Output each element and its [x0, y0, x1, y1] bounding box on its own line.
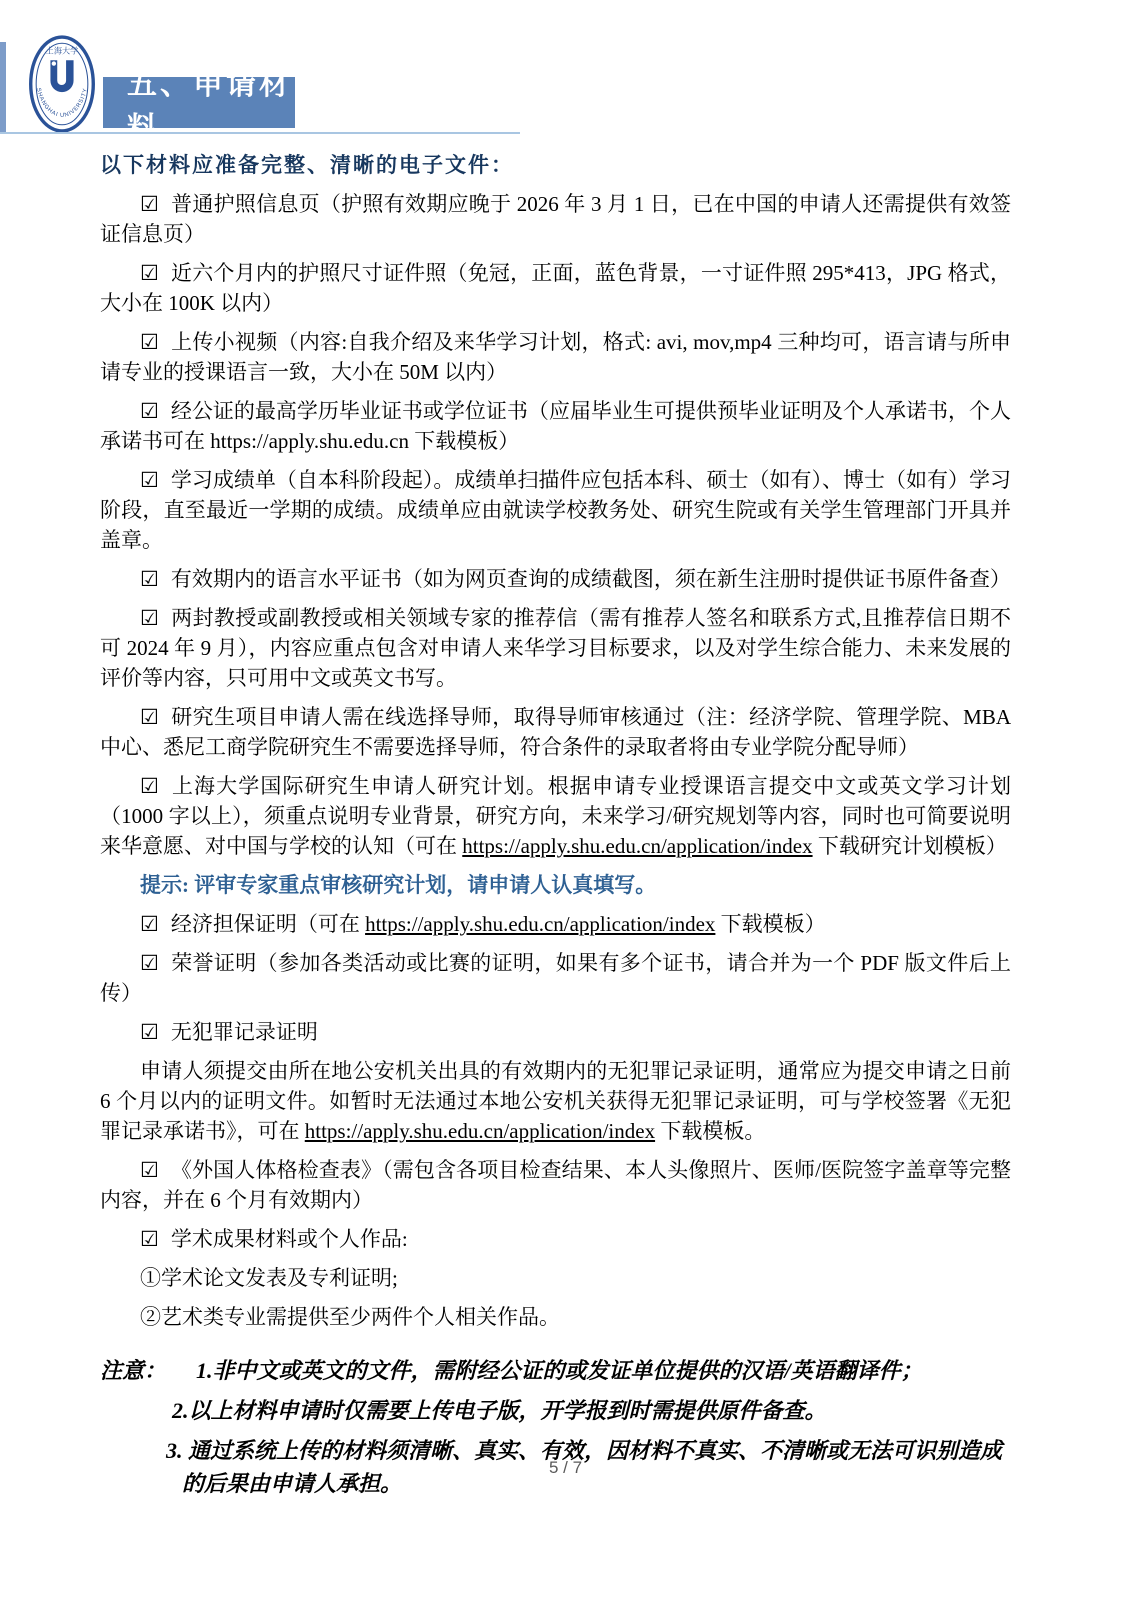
university-logo-icon: 上海大学 SHANGHAI UNIVERSITY: [28, 34, 96, 134]
checklist-item: ☑经济担保证明（可在 https://apply.shu.edu.cn/appl…: [100, 909, 1011, 939]
checked-checkbox-icon: ☑: [140, 330, 159, 354]
text-run: 近六个月内的护照尺寸证件照（免冠，正面，蓝色背景，一寸证件照 295*413，J…: [100, 261, 1011, 315]
checklist-item: ☑学习成绩单（自本科阶段起）。成绩单扫描件应包括本科、硕士（如有）、博士（如有）…: [100, 465, 1011, 555]
checklist-item: ☑上海大学国际研究生申请人研究计划。根据申请专业授课语言提交中文或英文学习计划（…: [100, 771, 1011, 861]
text-run: 学术成果材料或个人作品:: [171, 1227, 408, 1251]
text-run: 荣誉证明（参加各类活动或比赛的证明，如果有多个证书，请合并为一个 PDF 版文件…: [100, 951, 1011, 1005]
note-item: 注意：1.非中文或英文的文件，需附经公证的或发证单位提供的汉语/英语翻译件；: [100, 1354, 1011, 1387]
page-footer: 5 / 7: [0, 1458, 1131, 1478]
page-number: 5 / 7: [549, 1458, 582, 1477]
text-run: 有效期内的语言水平证书（如为网页查询的成绩截图，须在新生注册时提供证书原件备查）: [171, 567, 1011, 591]
checked-checkbox-icon: ☑: [140, 1158, 159, 1182]
checklist-item: ☑学术成果材料或个人作品:: [100, 1224, 1011, 1254]
text-run: 提示: 评审专家重点审核研究计划，请申请人认真填写。: [140, 873, 656, 897]
link-url[interactable]: https://apply.shu.edu.cn/application/ind…: [305, 1119, 655, 1143]
document-page: 上海大学 SHANGHAI UNIVERSITY 五、申请材料 以下材料应准备完…: [0, 0, 1131, 1600]
text-run: 下载研究计划模板）: [813, 834, 1007, 858]
text-run: 无犯罪记录证明: [171, 1020, 318, 1044]
text-run: 两封教授或副教授或相关领域专家的推荐信（需有推荐人签名和联系方式,且推荐信日期不…: [100, 606, 1011, 690]
checked-checkbox-icon: ☑: [140, 606, 159, 630]
intro-heading: 以下材料应准备完整、清晰的电子文件：: [100, 150, 1011, 180]
checked-checkbox-icon: ☑: [140, 1020, 159, 1044]
checked-checkbox-icon: ☑: [140, 399, 159, 423]
text-run: 学习成绩单（自本科阶段起）。成绩单扫描件应包括本科、硕士（如有）、博士（如有）学…: [100, 468, 1011, 552]
page-content: 以下材料应准备完整、清晰的电子文件： ☑普通护照信息页（护照有效期应晚于 202…: [100, 150, 1011, 1507]
checked-checkbox-icon: ☑: [140, 1227, 159, 1251]
text-run: ①学术论文发表及专利证明;: [140, 1266, 398, 1290]
university-logo: 上海大学 SHANGHAI UNIVERSITY: [28, 34, 96, 134]
note-label: 注意：: [100, 1358, 166, 1383]
text-run: 1.非中文或英文的文件，需附经公证的或发证单位提供的汉语/英语翻译件；: [196, 1358, 923, 1383]
checked-checkbox-icon: ☑: [140, 912, 159, 936]
materials-list: ☑普通护照信息页（护照有效期应晚于 2026 年 3 月 1 日，已在中国的申请…: [100, 189, 1011, 1500]
checklist-item: ☑近六个月内的护照尺寸证件照（免冠，正面，蓝色背景，一寸证件照 295*413，…: [100, 258, 1011, 318]
checklist-item: ☑经公证的最高学历毕业证书或学位证书（应届毕业生可提供预毕业证明及个人承诺书，个…: [100, 396, 1011, 456]
text-run: 2.以上材料申请时仅需要上传电子版，开学报到时需提供原件备查。: [172, 1398, 827, 1423]
text-run: 下载模板）: [715, 912, 825, 936]
checklist-item: ☑上传小视频（内容:自我介绍及来华学习计划，格式: avi, mov,mp4 三…: [100, 327, 1011, 387]
logo-cn-text: 上海大学: [46, 45, 79, 55]
tip-note: 提示: 评审专家重点审核研究计划，请申请人认真填写。: [140, 870, 1011, 900]
checked-checkbox-icon: ☑: [140, 468, 159, 492]
checklist-item: ☑荣誉证明（参加各类活动或比赛的证明，如果有多个证书，请合并为一个 PDF 版文…: [100, 948, 1011, 1008]
checked-checkbox-icon: ☑: [140, 774, 159, 798]
checklist-item: ☑两封教授或副教授或相关领域专家的推荐信（需有推荐人签名和联系方式,且推荐信日期…: [100, 603, 1011, 693]
checklist-item: ☑《外国人体格检查表》（需包含各项目检查结果、本人头像照片、医师/医院签字盖章等…: [100, 1155, 1011, 1215]
checklist-item: ☑无犯罪记录证明: [100, 1017, 1011, 1047]
header-divider-line: [0, 132, 520, 134]
text-run: 研究生项目申请人需在线选择导师，取得导师审核通过（注：经济学院、管理学院、MBA…: [100, 705, 1011, 759]
text-run: ②艺术类专业需提供至少两件个人相关作品。: [140, 1305, 560, 1329]
checked-checkbox-icon: ☑: [140, 261, 159, 285]
checklist-item: ☑普通护照信息页（护照有效期应晚于 2026 年 3 月 1 日，已在中国的申请…: [100, 189, 1011, 249]
checklist-item: ☑有效期内的语言水平证书（如为网页查询的成绩截图，须在新生注册时提供证书原件备查…: [100, 564, 1011, 594]
left-edge-accent: [0, 42, 6, 134]
checked-checkbox-icon: ☑: [140, 192, 159, 216]
link-url[interactable]: https://apply.shu.edu.cn/application/ind…: [365, 912, 715, 936]
sub-item: ②艺术类专业需提供至少两件个人相关作品。: [100, 1302, 1011, 1332]
note-item: 2.以上材料申请时仅需要上传电子版，开学报到时需提供原件备查。: [172, 1394, 1011, 1427]
text-run: 经济担保证明（可在: [171, 912, 365, 936]
section-header-bar: 五、申请材料: [103, 77, 295, 128]
text-run: 经公证的最高学历毕业证书或学位证书（应届毕业生可提供预毕业证明及个人承诺书，个人…: [100, 399, 1011, 453]
text-run: 《外国人体格检查表》（需包含各项目检查结果、本人头像照片、医师/医院签字盖章等完…: [100, 1158, 1011, 1212]
checklist-item: ☑研究生项目申请人需在线选择导师，取得导师审核通过（注：经济学院、管理学院、MB…: [100, 702, 1011, 762]
text-run: 普通护照信息页（护照有效期应晚于 2026 年 3 月 1 日，已在中国的申请人…: [100, 192, 1011, 246]
body-paragraph: 申请人须提交由所在地公安机关出具的有效期内的无犯罪记录证明，通常应为提交申请之日…: [100, 1056, 1011, 1146]
sub-item: ①学术论文发表及专利证明;: [100, 1263, 1011, 1293]
link-url[interactable]: https://apply.shu.edu.cn/application/ind…: [462, 834, 812, 858]
text-run: 下载模板。: [655, 1119, 765, 1143]
checked-checkbox-icon: ☑: [140, 951, 159, 975]
checked-checkbox-icon: ☑: [140, 705, 159, 729]
text-run: 上传小视频（内容:自我介绍及来华学习计划，格式: avi, mov,mp4 三种…: [100, 330, 1011, 384]
checked-checkbox-icon: ☑: [140, 567, 159, 591]
